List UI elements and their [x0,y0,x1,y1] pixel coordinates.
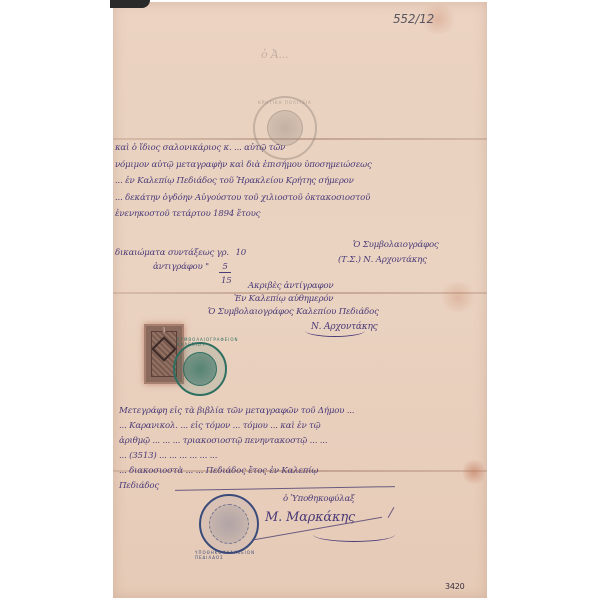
certification-line: Ακριβὲς ἀντίγραφον [208,280,379,293]
seal-emblem-icon [183,352,217,386]
registrar-title: ὁ Ὑποθηκοφύλαξ [283,494,355,504]
seal-ring-text: ΚΡΗΤΙΚΗ ΠΟΛΙΤΕΙΑ [258,100,312,105]
faint-top-mark: ὁ Ἀ... [261,48,288,61]
lower-paragraph: Μετεγράφη εἰς τὰ βιβλία τῶν μεταγραφῶν τ… [119,404,354,494]
text-line: ἀριθμῷ ... ... ... τριακοσιοστῷ πενηντακ… [119,434,354,449]
text-line: ... ἐν Καλεπίῳ Πεδιάδος τοῦ Ἡρακλείου Κρ… [115,173,372,190]
text-line: ... Καρανικολ. ... εἰς τόμον ... τόμου .… [119,419,354,434]
certification-line: Ἐν Καλεπίῳ αὐθημερόν [208,293,379,306]
text-line: Μετεγράφη εἰς τὰ βιβλία τῶν μεταγραφῶν τ… [119,404,354,419]
text-line: ... (3513) ... ... ... ... ... ... [119,449,354,464]
registry-seal: ΥΠΟΘΗΚΟΦΥΛΑΚΕΙΟΝ ΠΕΔΙΑΔΟΣ [199,494,259,554]
certification-block: Ακριβὲς ἀντίγραφον Ἐν Καλεπίῳ αὐθημερόν … [208,280,379,319]
seal-ring-text: ΥΠΟΘΗΚΟΦΥΛΑΚΕΙΟΝ ΠΕΔΙΑΔΟΣ [195,550,257,560]
notary-title: Ὁ Συμβολαιογράφος [318,238,439,253]
stamp-value: 1 [146,327,182,334]
signature-tick [388,507,395,518]
notary-block: Ὁ Συμβολαιογράφος (Τ.Σ.) Ν. Αρχοντάκης [318,238,439,268]
certification-line: Ὁ Συμβολαιογράφος Καλεπίου Πεδιάδος [208,306,379,319]
text-line: ... διακοσιοστὰ ... ... Πεδιάδος ἔτος ἐν… [119,464,354,479]
notary-seal: ΣΥΜΒΟΛΑΙΟΓΡΑΦΕΙΟΝ ΚΑΛΕΠΙΟΥ [173,342,227,396]
stain [463,457,485,487]
signature-flourish [305,324,365,337]
seal-emblem-icon [209,504,249,544]
text-line: ἐνενηκοστοῦ τετάρτου 1894 ἔτους [115,206,372,223]
text-line: ... δεκάτην ὀγδόην Αὐγούστου τοῦ χιλιοστ… [115,190,372,207]
fee-value: 10 [235,248,246,258]
document-page: 552/12 ὁ Ἀ... ΚΡΗΤΙΚΗ ΠΟΛΙΤΕΙΑ καὶ ὁ ἴδι… [113,2,487,598]
page-number: 3420 [445,582,465,591]
signature-flourish [313,527,395,542]
stain [438,282,478,312]
fee-label: ἀντιγράφου " [153,262,209,272]
notary-name: (Τ.Σ.) Ν. Αρχοντάκης [318,253,439,268]
text-line: καὶ ὁ ἴδιος σαλονικάριος κ. ... αὐτῷ τῶν [115,140,372,157]
upper-paragraph: καὶ ὁ ἴδιος σαλονικάριος κ. ... αὐτῷ τῶν… [115,140,372,223]
text-line: νόμιμον αὐτῷ μεταγραφὴν καὶ διὰ ἐπισήμου… [115,157,372,174]
fee-value: 5 [219,262,230,273]
seal-ring-text: ΣΥΜΒΟΛΑΙΟΓΡΑΦΕΙΟΝ ΚΑΛΕΠΙΟΥ [177,337,239,347]
archive-reference: 552/12 [393,12,434,26]
fee-label: δικαιώματα συντάξεως γρ. [115,248,229,258]
